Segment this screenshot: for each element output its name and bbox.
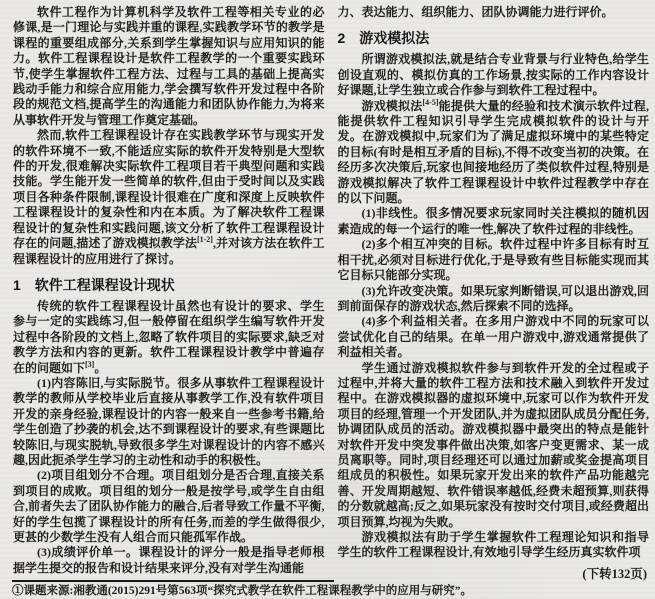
- paragraph: 力、表达能力、组织能力、团队协调能力进行评价。: [338, 5, 650, 20]
- paragraph: 游戏模拟法有助于学生掌握软件工程理论知识和指导学生的软件工程课程设计,有效地引导…: [338, 530, 650, 561]
- footnote-area: ①课题来源:湘教通(2015)291号第563项“探究式教学在软件工程课程教学中…: [12, 580, 649, 598]
- paragraph: (2)多个相互冲突的目标。软件过程中许多目标有时互相干扰,必须对目标进行优化,于…: [338, 237, 650, 283]
- left-column: 软件工程作为计算机科学及软件工程等相关专业的必修课,是一门理论与实践并重的课程,…: [13, 5, 325, 582]
- paragraph: (2)项目组划分不合理。项目组划分是否合理,直接关系到项目的成败。项目组的划分一…: [13, 468, 325, 545]
- paragraph: (1)内容陈旧,与实际脱节。很多从事软件工程课程设计教学的教师从学校毕业后直接从…: [13, 376, 325, 468]
- paragraph: 然而,软件工程课程设计存在实践教学环节与现实开发的软件环境不一致,不能适应实际的…: [13, 128, 325, 267]
- paragraph: (3)成绩评价单一。课程设计的评分一般是指导老师根据学生提交的报告和设计结果来评…: [13, 545, 325, 576]
- paragraph: 软件工程作为计算机科学及软件工程等相关专业的必修课,是一门理论与实践并重的课程,…: [13, 5, 325, 128]
- paragraph: 游戏模拟法[4-5]能提供大量的经验和技术演示软件过程,能提供软件工程知识引导学…: [338, 99, 650, 207]
- paragraph: (1)非线性。很多情况要求玩家同时关注模拟的随机因素造成的每一个运行的唯一性,解…: [338, 206, 650, 237]
- paragraph: 所谓游戏模拟法,就是结合专业背景与行业特色,给学生创设直观的、模拟仿真的工作场景…: [338, 52, 650, 98]
- citation-ref: [1-2]: [197, 235, 213, 244]
- footnote-rule: [12, 580, 334, 582]
- section-heading: 1 软件工程课程设计现状: [13, 276, 325, 294]
- two-column-body: 软件工程作为计算机科学及软件工程等相关专业的必修课,是一门理论与实践并重的课程,…: [0, 0, 655, 582]
- paragraph: (4)多个利益相关者。在多用户游戏中不同的玩家可以尝试优化自己的结果。在单一用户…: [338, 314, 650, 360]
- section-heading: 2 游戏模拟法: [338, 29, 650, 47]
- citation-ref: [4-5]: [422, 98, 438, 107]
- scanned-paper-page: 软件工程作为计算机科学及软件工程等相关专业的必修课,是一门理论与实践并重的课程,…: [0, 0, 655, 599]
- paragraph: (3)允许改变决策。如果玩家判断错误,可以退出游戏,回到前面保存的游戏状态,然后…: [338, 284, 650, 315]
- citation-ref: [3]: [85, 360, 94, 369]
- footnote-text: ①课题来源:湘教通(2015)291号第563项“探究式教学在软件工程课程教学中…: [12, 584, 649, 598]
- paragraph: 学生通过游戏模拟软件参与到软件开发的全过程或子过程中,并将大量的软件工程方法和技…: [338, 361, 650, 530]
- right-column: 力、表达能力、组织能力、团队协调能力进行评价。2 游戏模拟法所谓游戏模拟法,就是…: [338, 5, 650, 582]
- paragraph: 传统的软件工程课程设计虽然也有设计的要求、学生参与一定的实践练习,但一般停留在组…: [13, 299, 325, 376]
